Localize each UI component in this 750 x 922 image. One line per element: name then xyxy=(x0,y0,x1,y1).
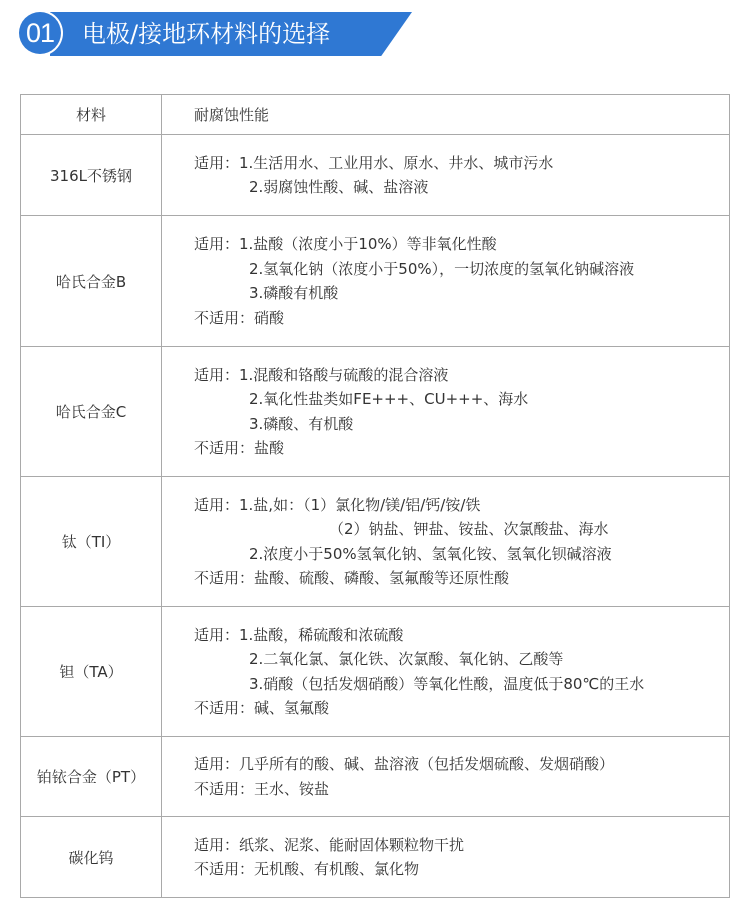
performance-line: 不适用：王水、铵盐 xyxy=(194,777,729,802)
material-name: 铂铱合金（PT） xyxy=(21,737,162,817)
materials-table: 材料 耐腐蚀性能 316L不锈钢 适用：1.生活用水、工业用水、原水、井水、城市… xyxy=(20,94,730,898)
performance-line: 适用：1.盐,如：（1）氯化物/镁/铝/钙/铵/铁 xyxy=(194,493,729,518)
performance-line: 不适用：盐酸、硫酸、磷酸、氢氟酸等还原性酸 xyxy=(194,566,729,591)
table-row: 哈氏合金B 适用：1.盐酸（浓度小于10%）等非氧化性酸 2.氢氧化钠（浓度小于… xyxy=(21,216,730,347)
performance-line: 不适用：无机酸、有机酸、氯化物 xyxy=(194,857,729,882)
performance-cell: 适用：1.盐,如：（1）氯化物/镁/铝/钙/铵/铁 （2）钠盐、钾盐、铵盐、次氯… xyxy=(162,477,730,607)
table-row: 碳化钨 适用：纸浆、泥浆、能耐固体颗粒物干扰 不适用：无机酸、有机酸、氯化物 xyxy=(21,817,730,898)
performance-cell: 适用：几乎所有的酸、碱、盐溶液（包括发烟硫酸、发烟硝酸） 不适用：王水、铵盐 xyxy=(162,737,730,817)
performance-line: 3.磷酸、有机酸 xyxy=(194,412,729,437)
performance-line: 2.弱腐蚀性酸、碱、盐溶液 xyxy=(194,175,729,200)
material-name: 钛（TI） xyxy=(21,477,162,607)
performance-cell: 适用：1.盐酸，稀硫酸和浓硫酸 2.二氧化氯、氯化铁、次氯酸、氧化钠、乙酸等 3… xyxy=(162,607,730,737)
performance-line: 适用：1.盐酸，稀硫酸和浓硫酸 xyxy=(194,623,729,648)
performance-cell: 适用：纸浆、泥浆、能耐固体颗粒物干扰 不适用：无机酸、有机酸、氯化物 xyxy=(162,817,730,898)
performance-line: 2.二氧化氯、氯化铁、次氯酸、氧化钠、乙酸等 xyxy=(194,647,729,672)
material-name: 哈氏合金C xyxy=(21,347,162,477)
performance-line: 适用：1.生活用水、工业用水、原水、井水、城市污水 xyxy=(194,151,729,176)
table-row: 316L不锈钢 适用：1.生活用水、工业用水、原水、井水、城市污水 2.弱腐蚀性… xyxy=(21,135,730,216)
performance-line: 适用：纸浆、泥浆、能耐固体颗粒物干扰 xyxy=(194,833,729,858)
performance-cell: 适用：1.混酸和铬酸与硫酸的混合溶液 2.氧化性盐类如FE+++、CU+++、海… xyxy=(162,347,730,477)
performance-line: 不适用：盐酸 xyxy=(194,436,729,461)
performance-line: 适用：1.盐酸（浓度小于10%）等非氧化性酸 xyxy=(194,232,729,257)
performance-line: 适用：几乎所有的酸、碱、盐溶液（包括发烟硫酸、发烟硝酸） xyxy=(194,752,729,777)
performance-cell: 适用：1.盐酸（浓度小于10%）等非氧化性酸 2.氢氧化钠（浓度小于50%），一… xyxy=(162,216,730,347)
table-header-row: 材料 耐腐蚀性能 xyxy=(21,95,730,135)
header-performance: 耐腐蚀性能 xyxy=(162,95,730,135)
performance-cell: 适用：1.生活用水、工业用水、原水、井水、城市污水 2.弱腐蚀性酸、碱、盐溶液 xyxy=(162,135,730,216)
material-name: 316L不锈钢 xyxy=(21,135,162,216)
performance-line: （2）钠盐、钾盐、铵盐、次氯酸盐、海水 xyxy=(194,517,729,542)
material-name: 碳化钨 xyxy=(21,817,162,898)
performance-line: 不适用：硝酸 xyxy=(194,306,729,331)
section-title: 电极/接地环材料的选择 xyxy=(82,12,330,56)
performance-line: 不适用：碱、氢氟酸 xyxy=(194,696,729,721)
header-material: 材料 xyxy=(21,95,162,135)
performance-line: 适用：1.混酸和铬酸与硫酸的混合溶液 xyxy=(194,363,729,388)
material-name: 钽（TA） xyxy=(21,607,162,737)
table-row: 铂铱合金（PT） 适用：几乎所有的酸、碱、盐溶液（包括发烟硫酸、发烟硝酸） 不适… xyxy=(21,737,730,817)
section-number-badge: 01 xyxy=(19,12,61,54)
performance-line: 3.硝酸（包括发烟硝酸）等氧化性酸，温度低于80℃的王水 xyxy=(194,672,729,697)
table-row: 钽（TA） 适用：1.盐酸，稀硫酸和浓硫酸 2.二氧化氯、氯化铁、次氯酸、氧化钠… xyxy=(21,607,730,737)
table-row: 哈氏合金C 适用：1.混酸和铬酸与硫酸的混合溶液 2.氧化性盐类如FE+++、C… xyxy=(21,347,730,477)
performance-line: 3.磷酸有机酸 xyxy=(194,281,729,306)
performance-line: 2.氢氧化钠（浓度小于50%），一切浓度的氢氧化钠碱溶液 xyxy=(194,257,729,282)
section-banner: 01 电极/接地环材料的选择 xyxy=(0,0,750,70)
table-row: 钛（TI） 适用：1.盐,如：（1）氯化物/镁/铝/钙/铵/铁 （2）钠盐、钾盐… xyxy=(21,477,730,607)
performance-line: 2.氧化性盐类如FE+++、CU+++、海水 xyxy=(194,387,729,412)
material-name: 哈氏合金B xyxy=(21,216,162,347)
performance-line: 2.浓度小于50%氢氧化钠、氢氧化铵、氢氧化钡碱溶液 xyxy=(194,542,729,567)
